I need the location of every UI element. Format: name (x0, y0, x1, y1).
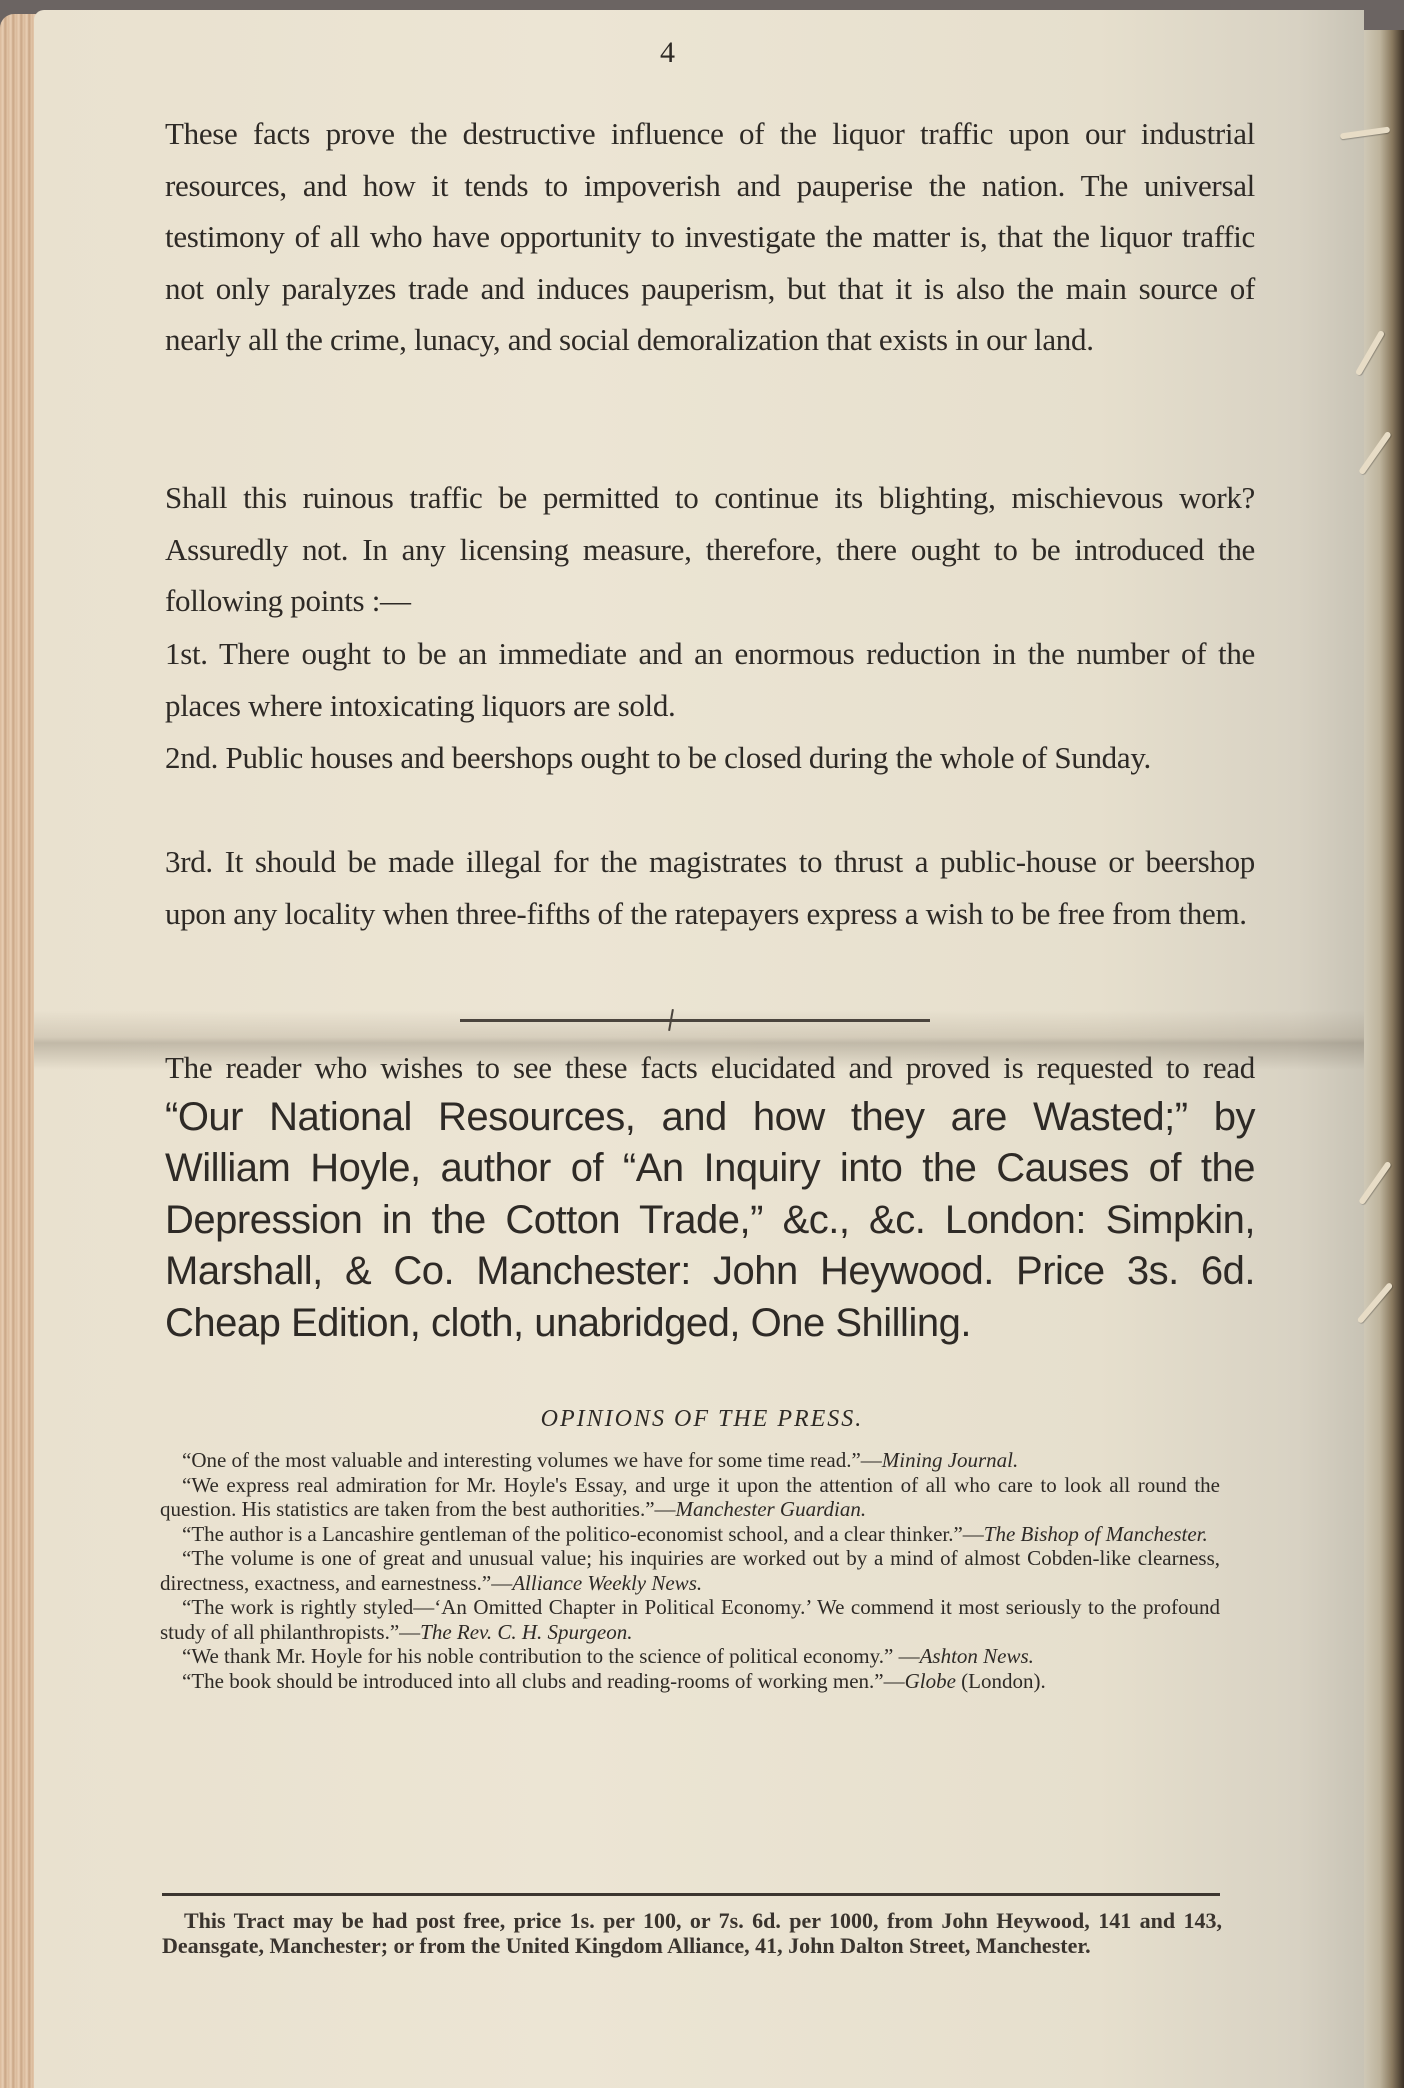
paragraph-intro: These facts prove the destructive influe… (165, 108, 1255, 366)
point-1: 1st. There ought to be an immediate and … (165, 628, 1255, 731)
binding-spine (1364, 30, 1404, 2088)
page-number: 4 (660, 36, 675, 70)
paragraph-text: Shall this ruinous traffic be permitted … (165, 480, 1255, 618)
press-quote: “The author is a Lancashire gentleman of… (160, 1522, 1220, 1547)
quote-source: Ashton News. (920, 1644, 1034, 1668)
tract-footer: This Tract may be had post free, price 1… (162, 1908, 1222, 1958)
book-title-notice: “Our National Resources, and how they ar… (165, 1095, 1255, 1345)
quote-source: Globe (905, 1669, 956, 1693)
reader-intro: The reader who wishes to see these facts… (165, 1050, 1255, 1085)
point-2: 2nd. Public houses and beershops ought t… (165, 732, 1255, 784)
press-quote: “The volume is one of great and unusual … (160, 1546, 1220, 1595)
section-divider (460, 1019, 930, 1022)
press-quote: “We thank Mr. Hoyle for his noble contri… (160, 1644, 1220, 1669)
point-text: 1st. There ought to be an immediate and … (165, 636, 1255, 723)
press-quote: “The work is rightly styled—‘An Omitted … (160, 1595, 1220, 1644)
footer-rule (162, 1893, 1220, 1896)
point-text: 3rd. It should be made illegal for the m… (165, 844, 1255, 931)
quote-source: Mining Journal. (882, 1448, 1019, 1472)
press-quotes: “One of the most valuable and interestin… (160, 1448, 1220, 1693)
press-heading: OPINIONS OF THE PRESS. (0, 1406, 1404, 1433)
paragraph-text: These facts prove the destructive influe… (165, 116, 1255, 357)
press-quote: “One of the most valuable and interestin… (160, 1448, 1220, 1473)
point-text: 2nd. Public houses and beershops ought t… (165, 740, 1151, 775)
press-quote: “We express real admiration for Mr. Hoyl… (160, 1473, 1220, 1522)
point-3: 3rd. It should be made illegal for the m… (165, 836, 1255, 939)
quote-source: Manchester Guardian. (676, 1497, 867, 1521)
paragraph-question: Shall this ruinous traffic be permitted … (165, 472, 1255, 627)
quote-source: Alliance Weekly News. (512, 1571, 702, 1595)
book-notice: The reader who wishes to see these facts… (165, 1042, 1255, 1351)
press-quote: “The book should be introduced into all … (160, 1669, 1220, 1694)
quote-source: The Bishop of Manchester. (984, 1522, 1208, 1546)
quote-source: The Rev. C. H. Spurgeon. (420, 1620, 632, 1644)
